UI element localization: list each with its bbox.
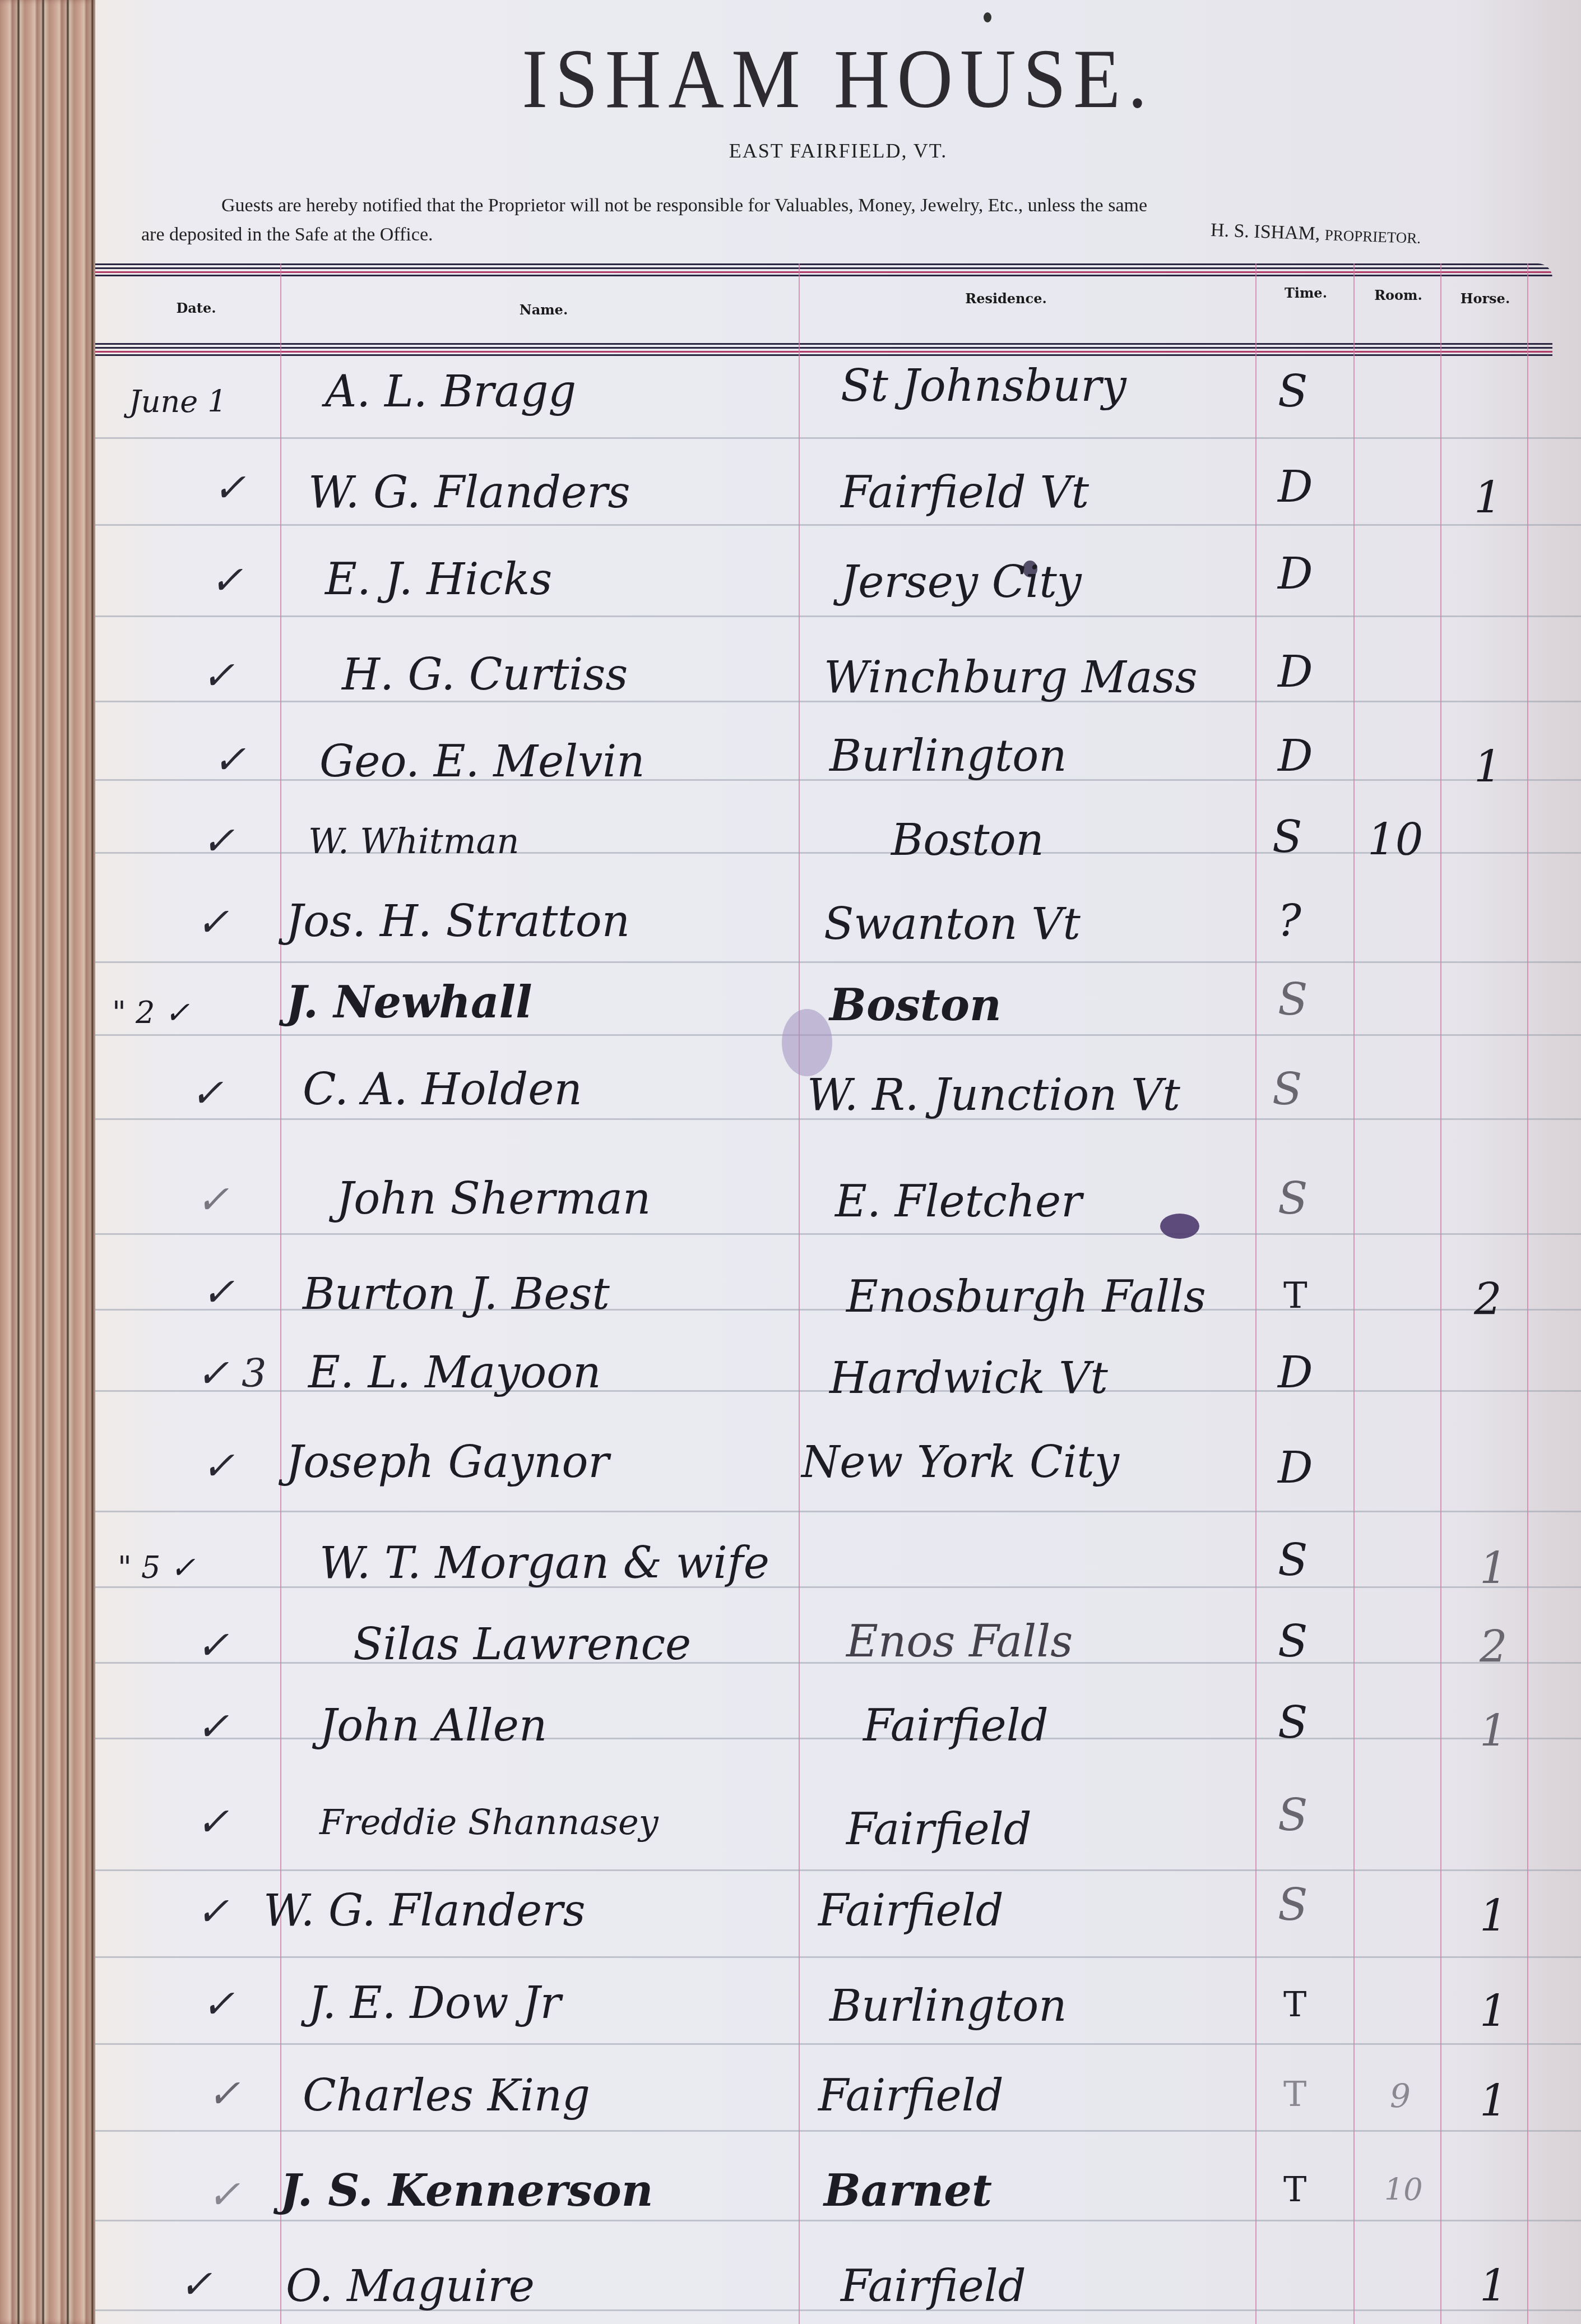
- column-divider-name: [799, 263, 800, 2324]
- entry-name: A. L. Bragg: [325, 370, 576, 414]
- entry-name: J. E. Dow Jr: [308, 1982, 561, 2025]
- entry-name: Silas Lawrence: [353, 1623, 691, 1666]
- entry-name: H. G. Curtiss: [342, 653, 628, 697]
- notice-line-2: are deposited in the Safe at the Office.: [141, 224, 433, 246]
- entry-name: Jos. H. Stratton: [286, 900, 630, 943]
- entry-name: Freddie Shannasey: [319, 1805, 659, 1840]
- ruled-line: [95, 1662, 1581, 1664]
- entry-time: S: [1272, 816, 1302, 859]
- entry-name: Geo. E. Melvin: [319, 740, 645, 784]
- entry-residence: Fairfield: [863, 1704, 1049, 1748]
- entry-residence: Enosburgh Falls: [846, 1275, 1206, 1319]
- entry-date: " 5 ✓: [118, 1553, 196, 1583]
- entry-residence: E. Fletcher: [835, 1180, 1082, 1224]
- column-divider-horse: [1527, 263, 1528, 2324]
- entry-time: D: [1278, 734, 1313, 778]
- column-header-date: Date.: [168, 300, 224, 316]
- entry-horse: 1: [1480, 1710, 1508, 1753]
- entry-time: D: [1278, 1446, 1313, 1490]
- entry-checkmark: ✓: [202, 821, 235, 860]
- entry-checkmark: ✓: [202, 1446, 235, 1485]
- entry-time: T: [1283, 2172, 1306, 2207]
- entry-residence: Enos Falls: [846, 1620, 1073, 1664]
- entry-date: June 1: [129, 387, 227, 417]
- ruled-line: [95, 524, 1581, 526]
- entry-time: S: [1278, 978, 1308, 1022]
- entry-name: J. Newhall: [286, 981, 532, 1025]
- column-header-time: Time.: [1261, 285, 1351, 301]
- entry-date: " 2 ✓: [112, 998, 190, 1028]
- entry-checkmark: ✓: [196, 902, 229, 942]
- entry-name: C. A. Holden: [303, 1068, 582, 1112]
- entry-date: ✓ 3: [196, 1354, 266, 1393]
- ruled-line: [95, 1034, 1581, 1036]
- ruled-line: [95, 2043, 1581, 2045]
- column-divider-time: [1353, 263, 1355, 2324]
- entry-residence: New York City: [801, 1441, 1119, 1484]
- entry-checkmark: ✓: [207, 2074, 240, 2113]
- entry-room: 9: [1390, 2080, 1411, 2112]
- entry-residence: Boston: [891, 818, 1044, 862]
- proprietor-signature: H. S. ISHAM, PROPRIETOR.: [1210, 220, 1421, 248]
- entry-residence: Barnet: [824, 2169, 992, 2213]
- column-divider-date: [280, 263, 281, 2324]
- entry-time: T: [1283, 1987, 1306, 2022]
- entry-room: 10: [1384, 2175, 1423, 2205]
- ruled-line: [95, 1869, 1581, 1871]
- entry-residence: Jersey City: [841, 561, 1082, 604]
- entry-name: O. Maguire: [286, 2265, 535, 2308]
- entry-time: S: [1278, 1620, 1308, 1664]
- entry-checkmark: ✓: [210, 561, 243, 600]
- entry-horse: 2: [1474, 1278, 1502, 1322]
- column-header-name: Name.: [488, 302, 600, 318]
- proprietor-name: H. S. ISHAM,: [1210, 220, 1325, 244]
- entry-name: Charles King: [303, 2074, 590, 2118]
- entry-residence: Winchburg Mass: [824, 656, 1198, 700]
- entry-residence: Fairfield: [841, 2265, 1026, 2308]
- entry-name: W. Whitman: [308, 824, 519, 859]
- entry-name: W. T. Morgan & wife: [319, 1541, 769, 1585]
- register-page: ISHAM HOUSE. EAST FAIRFIELD, VT. Guests …: [95, 0, 1581, 2324]
- entry-time: S: [1278, 1701, 1308, 1745]
- location-subtitle: EAST FAIRFIELD, VT.: [95, 139, 1581, 163]
- entry-name: John Sherman: [336, 1177, 651, 1221]
- entry-residence: Fairfield: [846, 1808, 1032, 1851]
- entry-time: S: [1278, 1177, 1308, 1221]
- entry-horse: 1: [1474, 476, 1502, 520]
- entry-horse: 1: [1480, 1895, 1508, 1938]
- book-binding-edge: [0, 0, 95, 2324]
- column-divider-room: [1440, 263, 1441, 2324]
- entry-horse: 1: [1480, 1990, 1508, 2034]
- entry-residence: Fairfield Vt: [841, 471, 1089, 515]
- entry-name: W. G. Flanders: [308, 471, 630, 515]
- entry-residence: Swanton Vt: [824, 902, 1081, 946]
- ruled-line: [95, 437, 1581, 439]
- entry-time: S: [1278, 370, 1308, 414]
- entry-time: S: [1278, 1794, 1308, 1837]
- entry-checkmark: ✓: [202, 1984, 235, 2024]
- entry-checkmark: ✓: [202, 1272, 235, 1312]
- entry-residence: St Johnsbury: [841, 364, 1126, 408]
- entry-residence: Burlington: [829, 734, 1067, 778]
- column-divider-residence: [1255, 263, 1257, 2324]
- ruled-line: [95, 1233, 1581, 1235]
- entry-name: E. L. Mayoon: [308, 1351, 601, 1395]
- entry-horse: 2: [1480, 1626, 1508, 1669]
- entry-checkmark: ✓: [213, 740, 246, 779]
- entry-checkmark: ✓: [179, 2265, 212, 2304]
- entry-name: Burton J. Best: [303, 1272, 610, 1316]
- entry-time: D: [1278, 465, 1313, 509]
- entry-time: S: [1278, 1883, 1308, 1927]
- header-rule-bottom: [95, 343, 1552, 358]
- entry-residence: Boston: [829, 984, 1002, 1027]
- ink-blot: [1160, 1214, 1199, 1239]
- header-rule-top: [95, 263, 1552, 278]
- column-header-residence: Residence.: [936, 290, 1076, 307]
- entry-time: D: [1278, 650, 1313, 694]
- entry-name: J. S. Kennerson: [280, 2169, 653, 2213]
- proprietor-title: PROPRIETOR.: [1324, 226, 1421, 247]
- entry-horse: 1: [1474, 746, 1502, 789]
- page-title: ISHAM HOUSE.: [155, 31, 1522, 127]
- entry-residence: W. R. Junction Vt: [807, 1073, 1180, 1117]
- entry-checkmark: ✓: [213, 468, 246, 507]
- entry-checkmark: ✓: [196, 1892, 229, 1931]
- ruled-line: [95, 1586, 1581, 1588]
- entry-time: T: [1283, 1278, 1308, 1314]
- entry-horse: 1: [1480, 1547, 1508, 1591]
- entry-time: D: [1278, 552, 1313, 596]
- ruled-line: [95, 1738, 1581, 1739]
- entry-residence: Hardwick Vt: [829, 1357, 1108, 1400]
- ruled-line: [95, 961, 1581, 963]
- entry-checkmark: ✓: [207, 2175, 240, 2214]
- entry-time: D: [1278, 1351, 1313, 1395]
- ruled-line: [95, 1956, 1581, 1958]
- entry-name: John Allen: [319, 1704, 547, 1748]
- column-header-room: Room.: [1356, 287, 1440, 303]
- ruled-line: [95, 2220, 1581, 2221]
- column-header-horse: Horse.: [1440, 290, 1530, 307]
- entry-checkmark: ✓: [196, 1626, 229, 1665]
- ruled-line: [95, 2130, 1581, 2132]
- entry-room: 10: [1367, 818, 1423, 862]
- notice-line-1: Guests are hereby notified that the Prop…: [221, 195, 1147, 216]
- entry-residence: Fairfield: [818, 2074, 1004, 2118]
- entry-time: ?: [1278, 900, 1301, 943]
- entry-time: T: [1283, 2077, 1306, 2112]
- entry-horse: 1: [1480, 2265, 1508, 2308]
- entry-residence: Burlington: [829, 1984, 1067, 2028]
- entry-checkmark: ✓: [202, 656, 235, 695]
- entry-checkmark: ✓: [196, 1802, 229, 1841]
- entry-time: S: [1278, 1539, 1308, 1582]
- entry-residence: Fairfield: [818, 1889, 1004, 1933]
- entry-checkmark: ✓: [191, 1073, 224, 1113]
- entry-checkmark: ✓: [196, 1180, 229, 1219]
- entry-name: W. G. Flanders: [263, 1889, 585, 1933]
- ink-dot: [984, 12, 991, 22]
- ink-blot: [782, 1009, 832, 1076]
- entry-checkmark: ✓: [196, 1707, 229, 1746]
- entry-name: Joseph Gaynor: [286, 1441, 609, 1484]
- ruled-line: [95, 1511, 1581, 1512]
- entry-name: E. J. Hicks: [325, 558, 552, 601]
- ruled-line: [95, 615, 1581, 617]
- entry-horse: 1: [1480, 2080, 1508, 2123]
- entry-time: S: [1272, 1068, 1302, 1112]
